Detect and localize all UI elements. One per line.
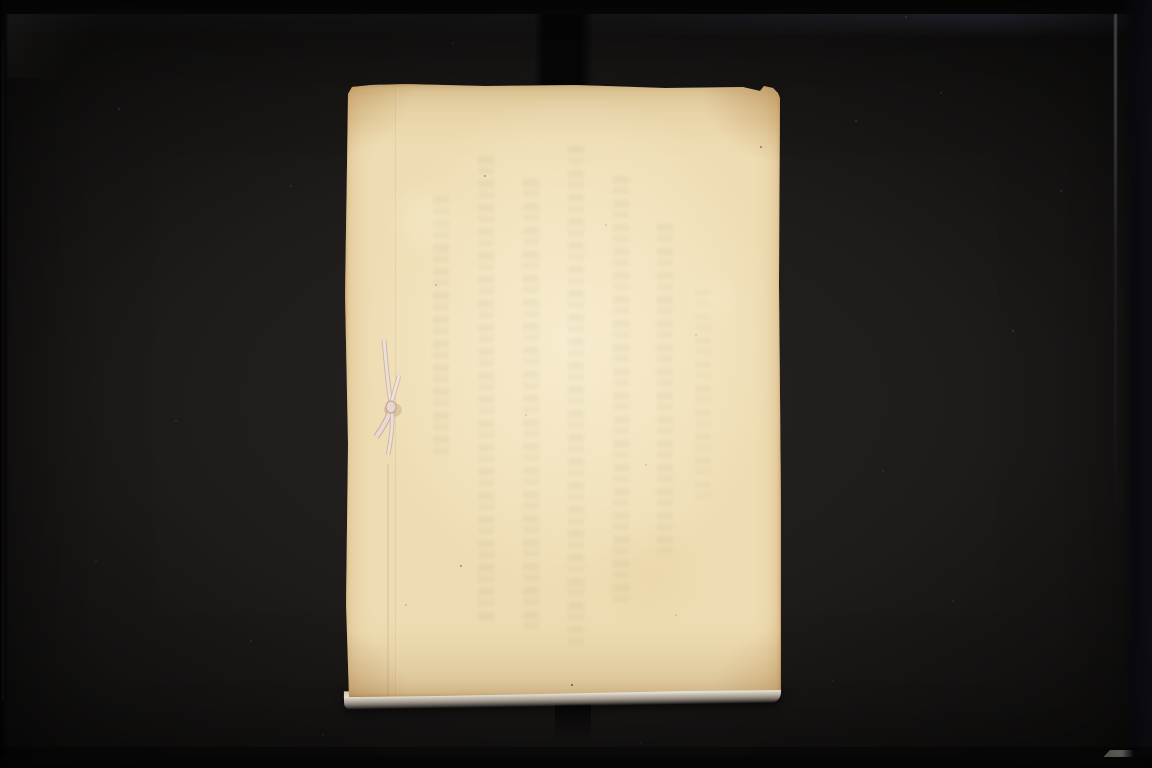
ghost-text-column xyxy=(657,224,673,559)
ghost-text-column xyxy=(478,156,494,624)
cord-knot xyxy=(386,401,396,413)
ghost-text-column xyxy=(613,176,629,606)
frame-edge-left xyxy=(0,0,9,768)
frame-edge-top xyxy=(0,0,1152,14)
binding-cord xyxy=(363,324,427,474)
binding-crease-lower xyxy=(387,464,389,697)
ghost-text-column xyxy=(433,196,449,454)
ghost-text-column xyxy=(695,289,711,504)
frame-bottom-shadow xyxy=(0,747,1152,757)
ghost-text-column xyxy=(523,179,539,634)
frame-edge-bottom xyxy=(0,757,1152,768)
photo-stage xyxy=(0,0,1152,768)
cord-tail-left xyxy=(376,410,391,437)
paper-specks xyxy=(345,84,347,86)
document-cover xyxy=(345,84,781,697)
ghost-text-column xyxy=(568,146,584,644)
frame-edge-right xyxy=(1122,0,1152,768)
